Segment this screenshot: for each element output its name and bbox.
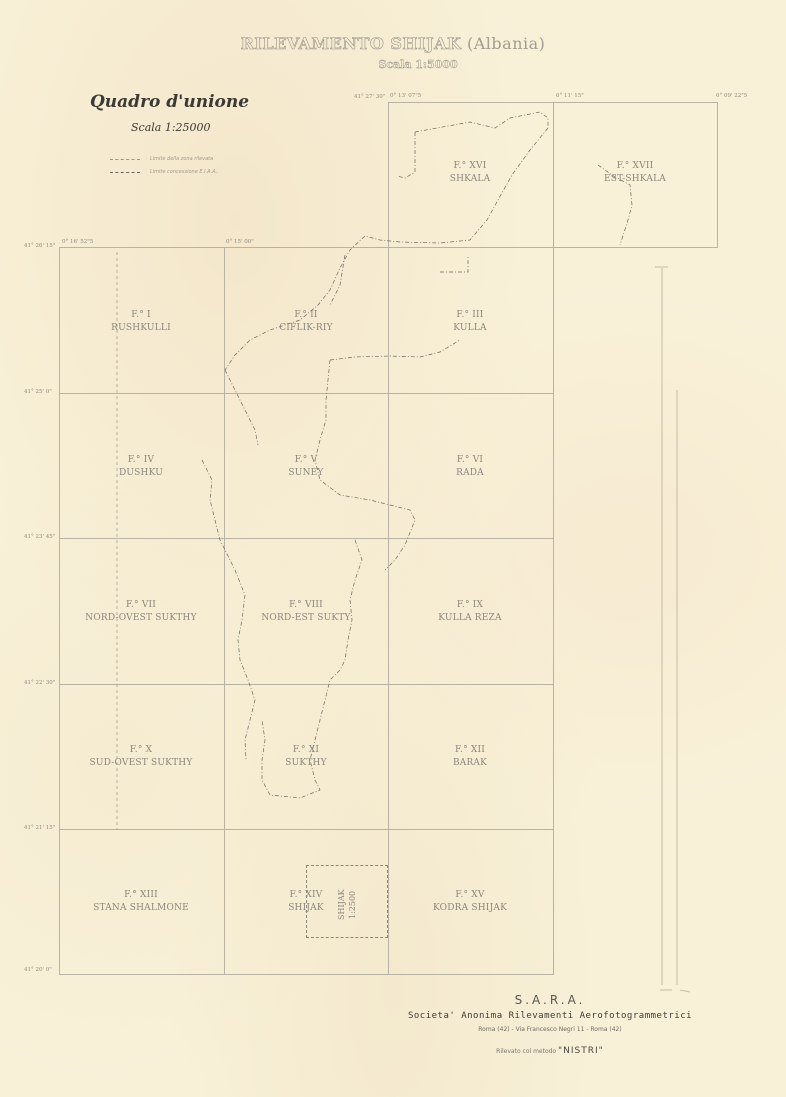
sheet-number: F.° I — [59, 309, 223, 322]
sheet-number: F.° XI — [224, 744, 388, 757]
sheet-name: RADA — [388, 467, 552, 480]
sheet-label-xvi[interactable]: F.° XVI SHKALA — [388, 160, 552, 186]
sheet-name: KULLA REZA — [388, 612, 552, 625]
sheet-number: F.° XII — [388, 744, 552, 757]
sheet-label-xvii[interactable]: F.° XVII EST-SHKALA — [553, 160, 717, 186]
sheet-number: F.° IX — [388, 599, 552, 612]
sheet-name: KULLA — [388, 322, 552, 335]
sheet-number: F.° XV — [388, 889, 552, 902]
sheet-label-v[interactable]: F.° V SUNEY — [224, 454, 388, 480]
sheet-name: NORD-OVEST SUKTHY — [59, 612, 223, 625]
survey-method: Rilevato col metodo "NISTRI" — [400, 1046, 700, 1056]
inset-label: SHIJAK 1:2500 — [336, 885, 362, 925]
survey-method-prefix: Rilevato col metodo — [496, 1048, 556, 1055]
sheet-number: F.° V — [224, 454, 388, 467]
sheet-number: F.° IV — [59, 454, 223, 467]
publisher-acronym: S.A.R.A. — [400, 993, 700, 1007]
sheet-name: SUNEY — [224, 467, 388, 480]
sheet-name: CIFLIK-RIY — [224, 322, 388, 335]
sheet-label-xi[interactable]: F.° XI SUKTHY — [224, 744, 388, 770]
sheet-label-i[interactable]: F.° I RUSHKULLI — [59, 309, 223, 335]
sheet-name: EST-SHKALA — [553, 173, 717, 186]
sheet-name: RUSHKULLI — [59, 322, 223, 335]
sheet-name: STANA SHALMONE — [59, 902, 223, 915]
sheet-number: F.° X — [59, 744, 223, 757]
sheet-label-iv[interactable]: F.° IV DUSHKU — [59, 454, 223, 480]
sheet-name: SHKALA — [388, 173, 552, 186]
sheet-number: F.° VIII — [224, 599, 388, 612]
sheet-label-iii[interactable]: F.° III KULLA — [388, 309, 552, 335]
inset-name: SHIJAK — [337, 890, 346, 921]
sheet-name: DUSHKU — [59, 467, 223, 480]
sheet-number: F.° XVI — [388, 160, 552, 173]
sheet-label-viii[interactable]: F.° VIII NORD-EST SUKTY — [224, 599, 388, 625]
sheet-name: BARAK — [388, 757, 552, 770]
sheet-label-xiii[interactable]: F.° XIII STANA SHALMONE — [59, 889, 223, 915]
sheet-name: SUD-OVEST SUKTHY — [59, 757, 223, 770]
sheet-label-vii[interactable]: F.° VII NORD-OVEST SUKTHY — [59, 599, 223, 625]
sheet-number: F.° III — [388, 309, 552, 322]
sheet-label-x[interactable]: F.° X SUD-OVEST SUKTHY — [59, 744, 223, 770]
sheet-number: F.° XIII — [59, 889, 223, 902]
sheet-label-xii[interactable]: F.° XII BARAK — [388, 744, 552, 770]
inset-scale: 1:2500 — [348, 891, 357, 919]
publisher-full-name: Societa' Anonima Rilevamenti Aerofotogra… — [400, 1011, 700, 1021]
sheet-number: F.° XVII — [553, 160, 717, 173]
sheet-number: F.° II — [224, 309, 388, 322]
sheet-label-ii[interactable]: F.° II CIFLIK-RIY — [224, 309, 388, 335]
sheet-label-ix[interactable]: F.° IX KULLA REZA — [388, 599, 552, 625]
sheet-name: KODRA SHIJAK — [388, 902, 552, 915]
sheet-name: NORD-EST SUKTY — [224, 612, 388, 625]
survey-method-name: "NISTRI" — [558, 1046, 604, 1056]
sheet-label-vi[interactable]: F.° VI RADA — [388, 454, 552, 480]
sheet-label-xv[interactable]: F.° XV KODRA SHIJAK — [388, 889, 552, 915]
publisher-address: Roma (42) - Via Francesco Negri 11 - Rom… — [400, 1026, 700, 1033]
sheet-number: F.° VI — [388, 454, 552, 467]
sheet-name: SUKTHY — [224, 757, 388, 770]
sheet-number: F.° VII — [59, 599, 223, 612]
